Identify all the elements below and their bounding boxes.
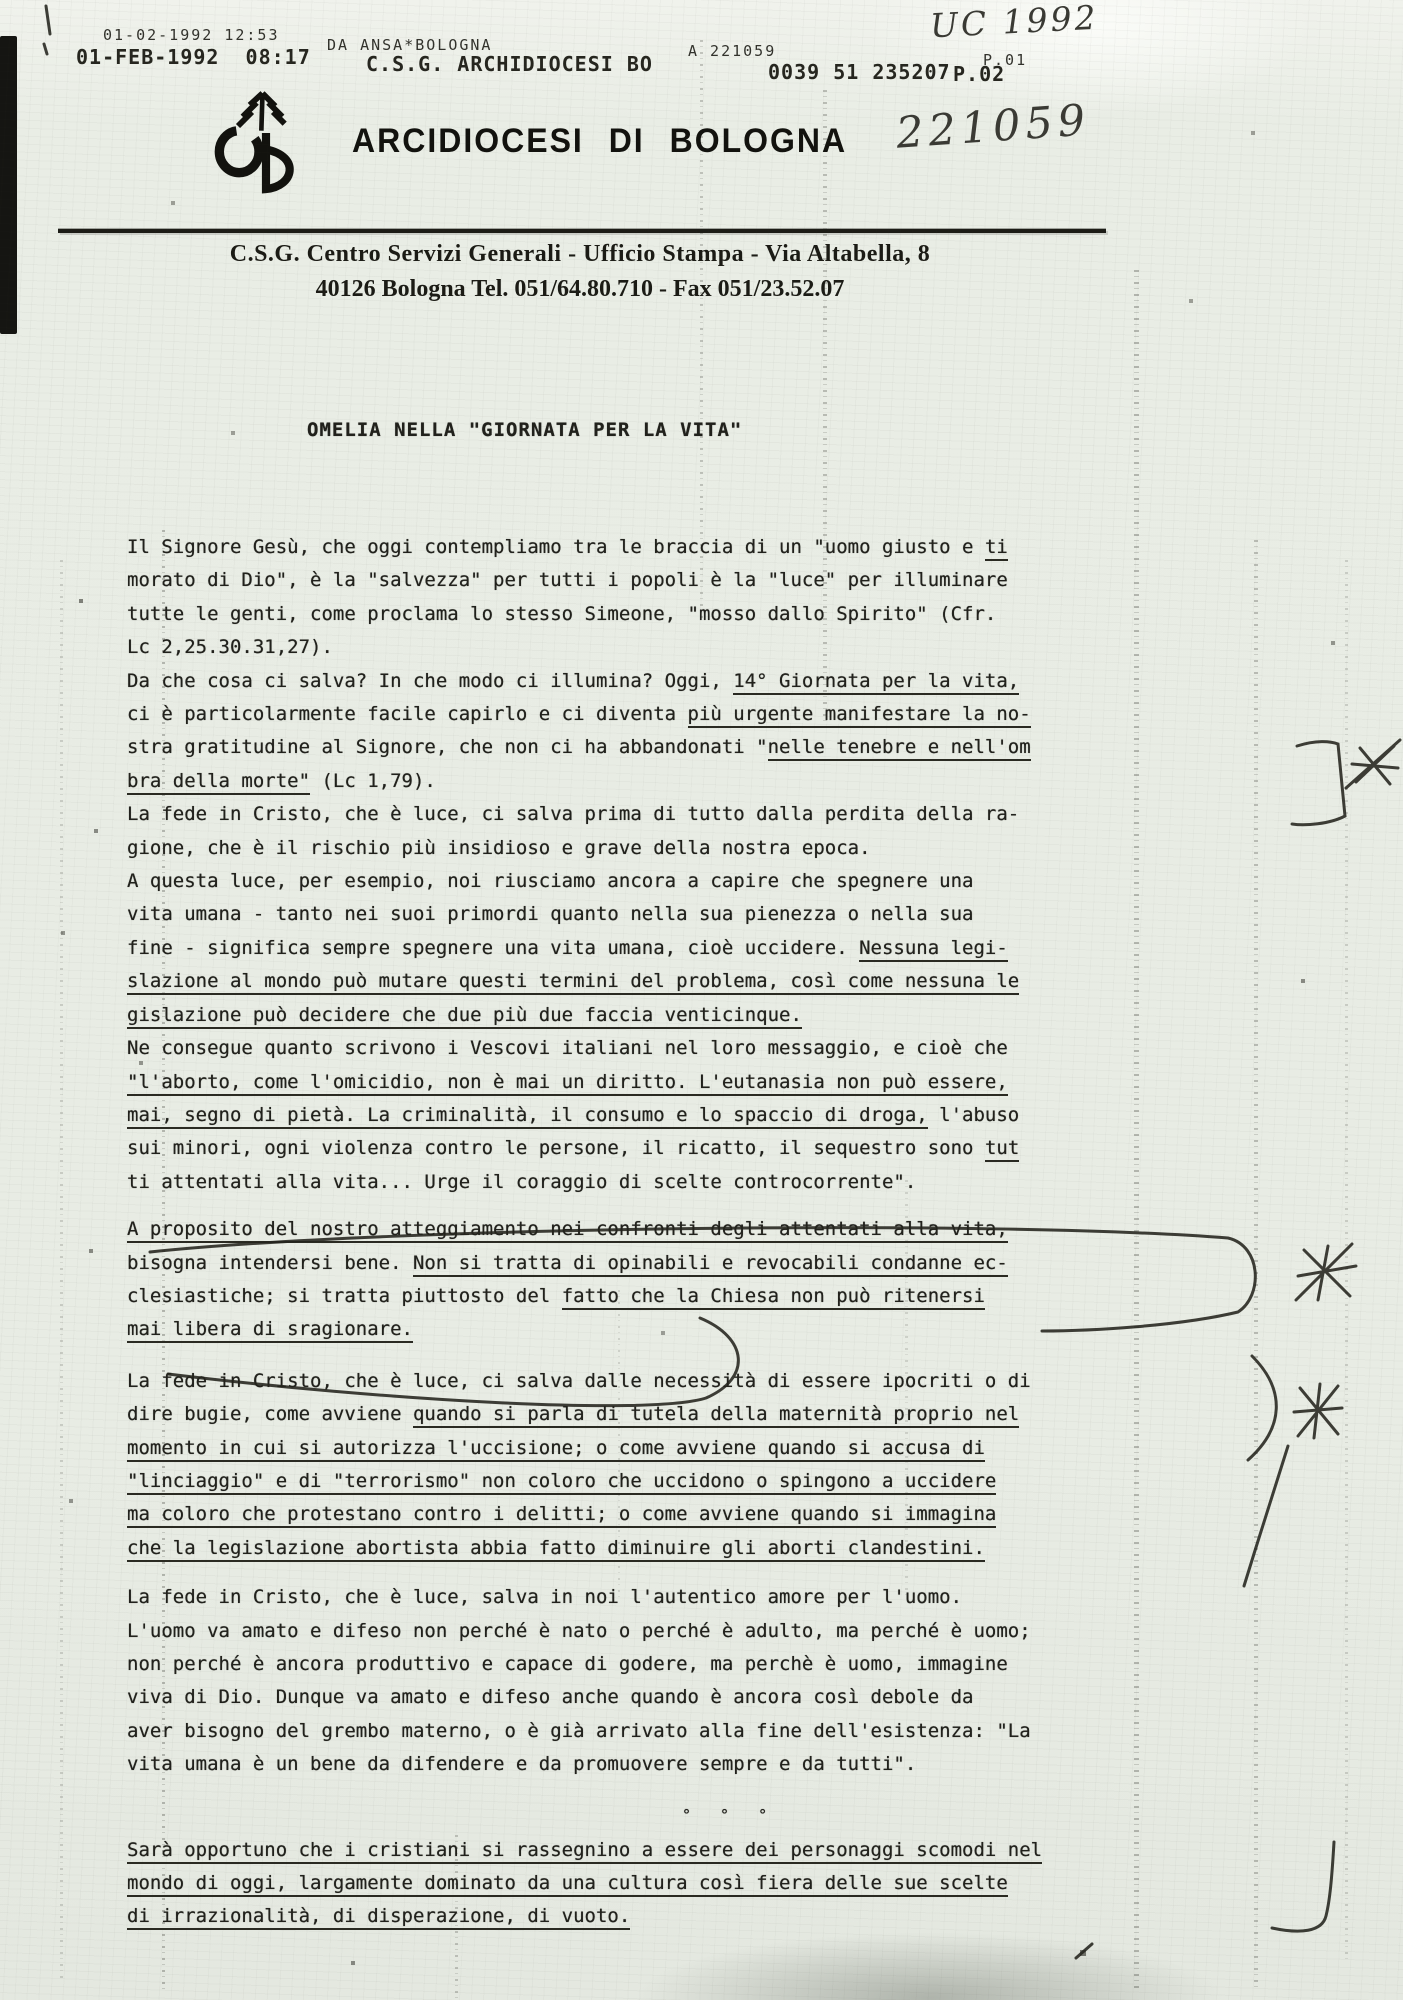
paragraph: La fede in Cristo, che è luce, ci salva … <box>127 1365 1067 1565</box>
text-line: La fede in Cristo, che è luce, salva in … <box>127 1581 1067 1614</box>
text-line: La fede in Cristo, che è luce, ci salva … <box>127 1365 1067 1398</box>
text-line: Ne consegue quanto scrivono i Vescovi it… <box>127 1032 1067 1065</box>
fax-code: A 221059 <box>688 42 776 60</box>
fax-number: 0039 51 235207 <box>768 60 951 84</box>
fax-page-number: P.02 <box>953 62 1005 86</box>
text-line: mai libera di sragionare. <box>127 1313 1067 1346</box>
text-line: viva di Dio. Dunque va amato e difeso an… <box>127 1681 1067 1714</box>
fax-sender: C.S.G. ARCHIDIOCESI BO <box>366 52 653 76</box>
crossed-asterisk-paragraph <box>1296 1244 1356 1300</box>
paragraph: Il Signore Gesù, che oggi contempliamo t… <box>127 531 1067 665</box>
text-line: mai, segno di pietà. La criminalità, il … <box>127 1099 1067 1132</box>
paragraph: Ne consegue quanto scrivono i Vescovi it… <box>127 1032 1067 1199</box>
text-line: gislazione può decidere che due più due … <box>127 999 1067 1032</box>
organization-name: ARCIDIOCESI DI BOLOGNA <box>352 121 847 161</box>
text-line: ci è particolarmente facile capirlo e ci… <box>127 698 1067 731</box>
paragraph: A proposito del nostro atteggiamento nei… <box>127 1213 1067 1347</box>
text-line: gione, che è il rischio più insidioso e … <box>127 832 1067 865</box>
homily-body: Il Signore Gesù, che oggi contempliamo t… <box>127 531 1067 1934</box>
text-line: stra gratitudine al Signore, che non ci … <box>127 731 1067 764</box>
letterhead-department-line: C.S.G. Centro Servizi Generali - Ufficio… <box>60 241 1100 268</box>
text-line: bra della morte" (Lc 1,79). <box>127 765 1067 798</box>
text-line: momento in cui si autorizza l'uccisione;… <box>127 1432 1067 1465</box>
text-line: dire bugie, come avviene quando si parla… <box>127 1398 1067 1431</box>
scan-streak <box>60 560 63 1980</box>
scan-streak <box>1134 270 1139 1990</box>
scanned-fax-page: 01-02-1992 12:53 DA ANSA*BOLOGNA A 22105… <box>0 0 1403 2000</box>
text-line: La fede in Cristo, che è luce, ci salva … <box>127 798 1067 831</box>
text-line: L'uomo va amato e difeso non perché è na… <box>127 1615 1067 1648</box>
text-line: clesiastiche; si tratta piuttosto del fa… <box>127 1280 1067 1313</box>
text-line: "linciaggio" e di "terrorismo" non color… <box>127 1465 1067 1498</box>
scan-streak <box>1254 540 1258 1990</box>
corner-scan-marks <box>44 6 50 54</box>
paragraph: A questa luce, per esempio, noi riusciam… <box>127 865 1067 1032</box>
text-line: fine - significa sempre spegnere una vit… <box>127 932 1067 965</box>
text-line: non perché è ancora produttivo e capace … <box>127 1648 1067 1681</box>
letterhead-rule <box>58 229 1106 233</box>
asterisk-hypocrisy <box>1294 1384 1342 1438</box>
diocese-logo <box>200 84 318 196</box>
margin-bracket-legislation <box>1292 742 1345 825</box>
handwritten-year-note: UC 1992 <box>929 0 1099 45</box>
paragraph: La fede in Cristo, che è luce, salva in … <box>127 1581 1067 1781</box>
text-line: morato di Dio", è la "salvezza" per tutt… <box>127 564 1067 597</box>
paragraph: Da che cosa ci salva? In che modo ci ill… <box>127 665 1067 799</box>
fax-sent-timestamp-small: 01-02-1992 12:53 <box>103 26 280 44</box>
text-line: Da che cosa ci salva? In che modo ci ill… <box>127 665 1067 698</box>
margin-curve-annotation <box>1244 1356 1288 1586</box>
paragraph: Sarà opportuno che i cristiani si rasseg… <box>127 1834 1067 1934</box>
scan-speckles <box>0 0 2 2</box>
text-line: vita umana è un bene da difendere e da p… <box>127 1748 1067 1781</box>
text-line: aver bisogno del grembo materno, o è già… <box>127 1715 1067 1748</box>
section-separator: ° ° ° <box>127 1800 1067 1830</box>
document-title: OMELIA NELLA "GIORNATA PER LA VITA" <box>307 419 742 441</box>
text-line: Il Signore Gesù, che oggi contempliamo t… <box>127 531 1067 564</box>
text-line: tutte le genti, come proclama lo stesso … <box>127 598 1067 631</box>
text-line: che la legislazione abortista abbia fatt… <box>127 1532 1067 1565</box>
text-line: bisogna intendersi bene. Non si tratta d… <box>127 1247 1067 1280</box>
handwritten-protocol-number: 221059 <box>894 95 1091 158</box>
text-line: Sarà opportuno che i cristiani si rasseg… <box>127 1834 1067 1867</box>
fax-sent-timestamp: 01-FEB-1992 08:17 <box>76 45 311 69</box>
scan-streak <box>1345 560 1348 1960</box>
text-line: mondo di oggi, largamente dominato da un… <box>127 1867 1067 1900</box>
text-line: vita umana - tanto nei suoi primordi qua… <box>127 898 1067 931</box>
text-line: A questa luce, per esempio, noi riusciam… <box>127 865 1067 898</box>
text-line: slazione al mondo può mutare questi term… <box>127 965 1067 998</box>
crossed-asterisk-legislation <box>1346 740 1400 788</box>
text-line: di irrazionalità, di disperazione, di vu… <box>127 1900 1067 1933</box>
bottom-margin-bracket <box>1076 1842 1334 1958</box>
text-line: A proposito del nostro atteggiamento nei… <box>127 1213 1067 1246</box>
paragraph: La fede in Cristo, che è luce, ci salva … <box>127 798 1067 865</box>
scan-edge-artifact <box>0 36 17 334</box>
text-line: "l'aborto, come l'omicidio, non è mai un… <box>127 1066 1067 1099</box>
text-line: sui minori, ogni violenza contro le pers… <box>127 1132 1067 1165</box>
letterhead-contact-line: 40126 Bologna Tel. 051/64.80.710 - Fax 0… <box>60 276 1100 303</box>
text-line: ti attentati alla vita... Urge il coragg… <box>127 1166 1067 1199</box>
text-line: ma coloro che protestano contro i delitt… <box>127 1498 1067 1531</box>
text-line: Lc 2,25.30.31,27). <box>127 631 1067 664</box>
